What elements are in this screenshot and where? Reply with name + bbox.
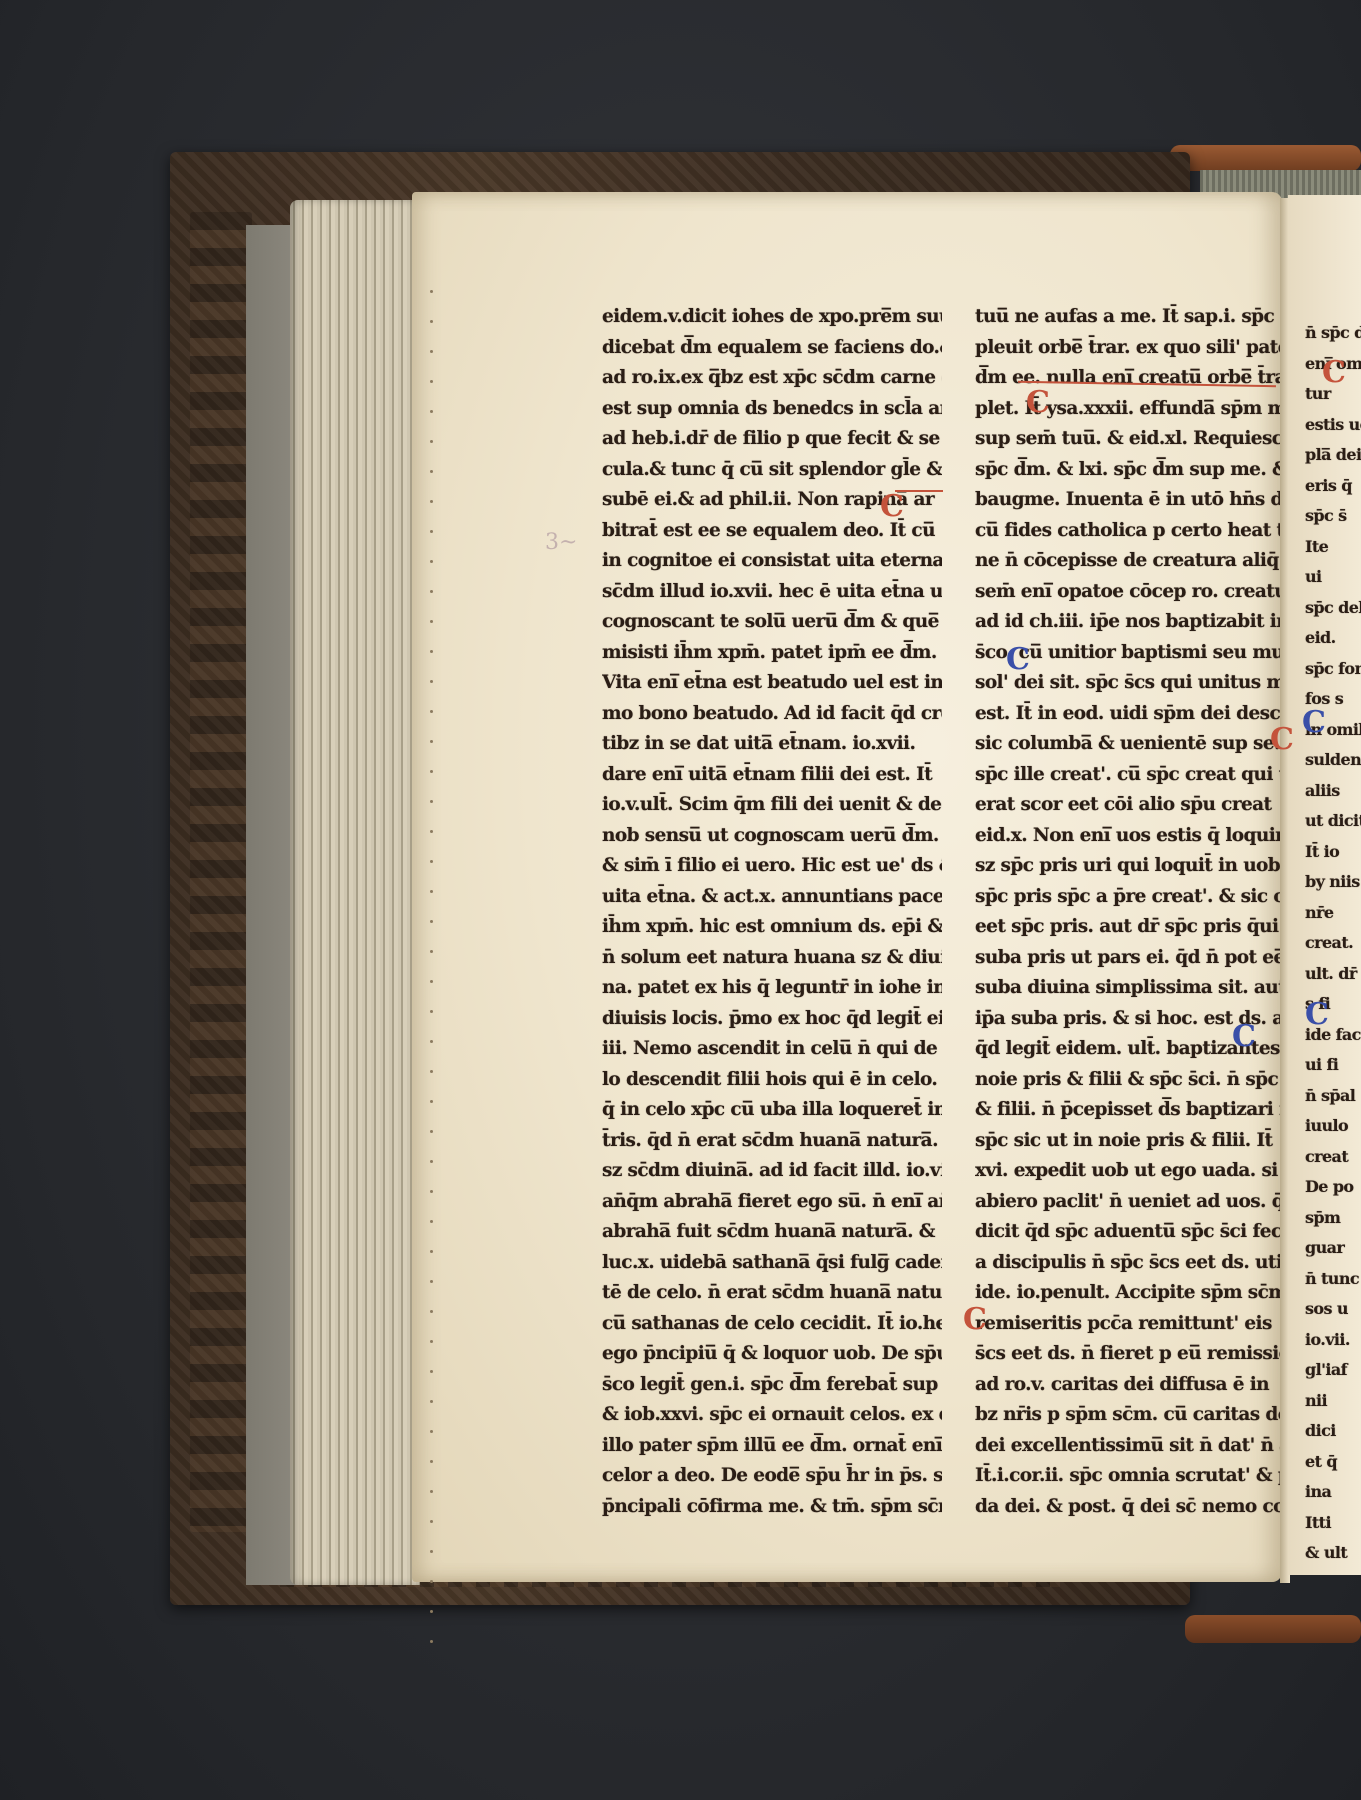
text-line: uita et̄na. & act.x. annuntians pacem p xyxy=(602,882,942,913)
text-line: ad ro.v. caritas dei diffusa ē in xyxy=(975,1370,1280,1401)
initial-col-c-1: C xyxy=(1322,358,1346,388)
text-line: sp̄c del xyxy=(1305,593,1361,624)
text-line: est. It̄ in eod. uidi sp̄m dei descenden xyxy=(975,699,1280,730)
pricking-mark xyxy=(430,1640,433,1643)
text-line: ad ro.ix.ex q̅bz est xp̄c sc̄dm carne q̄ xyxy=(602,363,942,394)
text-line: n̄ sp̄al xyxy=(1305,1081,1361,1112)
text-line: It̄ io xyxy=(1305,837,1361,868)
text-line: cu̅ fides catholica p certo heat tam ur xyxy=(975,516,1280,547)
pricking-mark xyxy=(430,350,433,353)
text-line: sic columba̅ & uenientē sup se. n̄ su xyxy=(975,729,1280,760)
pricking-mark xyxy=(430,1280,433,1283)
text-line: lo descendit filii hois qui ē in celo. e… xyxy=(602,1065,942,1096)
text-line: est sup omnia ds benedcs in scl̄a am̄.It… xyxy=(602,394,942,425)
text-line: De po xyxy=(1305,1172,1361,1203)
pricking-mark xyxy=(430,620,433,623)
text-line: abiero paclit' n̄ ueniet ad uos. q̄d xyxy=(975,1187,1280,1218)
text-line: ad heb.i.dr̄ de filio p que fecit & se xyxy=(602,424,942,455)
text-line: ult. dr̄ xyxy=(1305,959,1361,990)
initial-col-b-1: C xyxy=(1026,388,1050,418)
text-line: remiseritis pcc̄a remittunt' eis xyxy=(975,1309,1280,1340)
text-line: nr̄e xyxy=(1305,898,1361,929)
text-line: ego p̄ncipiu̅ q̄ & loquor uob. De sp̄u xyxy=(602,1339,942,1370)
initial-col-b-5: C xyxy=(963,1305,987,1335)
text-line: io.vii. xyxy=(1305,1325,1361,1356)
text-line: plet. It̄ ysa.xxxii. effunda̅ sp̄m meu̅ xyxy=(975,394,1280,425)
text-line: et q̄ xyxy=(1305,1447,1361,1478)
text-line: dicit q̄d sp̄c aduentu̅ sp̄c s̄ci fecit … xyxy=(975,1217,1280,1248)
text-line: gl'iaf xyxy=(1305,1355,1361,1386)
text-line: & ult xyxy=(1305,1538,1361,1569)
text-line: estis uo xyxy=(1305,410,1361,441)
initial-col-b-4: C xyxy=(1232,1022,1256,1052)
text-line: eidem.v.dicit iohes de xpo.pre̅m suum xyxy=(602,302,942,333)
page-edges xyxy=(290,200,420,1585)
text-line: It̄.i.cor.ii. sp̄c omnia scrutat' & p xyxy=(975,1461,1280,1492)
pricking-mark xyxy=(430,1190,433,1193)
text-line: xvi. expedit uob ut ego uada. si eni̅ xyxy=(975,1156,1280,1187)
text-line: na. patet ex his q̄ leguntr̄ in iohe in xyxy=(602,973,942,1004)
text-line: ui fi xyxy=(1305,1050,1361,1081)
text-line: by niis xyxy=(1305,867,1361,898)
text-line: da dei. & post. q̄ dei sc̄ nemo cognou xyxy=(975,1492,1280,1523)
pricking-mark xyxy=(430,650,433,653)
text-line: Itti xyxy=(1305,1508,1361,1539)
text-line: io.v.ult̄. Scim q̄m fili dei uenit & ded… xyxy=(602,790,942,821)
pricking-mark xyxy=(430,890,433,893)
text-line: sp̄c s̄ xyxy=(1305,501,1361,532)
pricking-mark xyxy=(430,380,433,383)
text-line: sc̄dm illud io.xvii. hec ē uita et̄na ut xyxy=(602,577,942,608)
text-line: t̄ris. q̄d n̄ erat sc̄dm huana̅ natura̅. xyxy=(602,1126,942,1157)
pricking-mark xyxy=(430,800,433,803)
text-line: sem̄ eni̅ opatoe cōcep ro. creatura n̄ xyxy=(975,577,1280,608)
text-line: & iob.xxvi. sp̄c ei ornauit celos. ex qu… xyxy=(602,1400,942,1431)
text-line: n̄ solum eet natura huana sz & diui xyxy=(602,943,942,974)
text-line: sp̄c ille creat'. cu̅ sp̄c creat qui ur xyxy=(975,760,1280,791)
text-line: sup sem̄ tuu̅. & eid.xl. Requiescet sup xyxy=(975,424,1280,455)
text-line: tuu̅ ne aufas a me. It̄ sap.i. sp̄c d̅m … xyxy=(975,302,1280,333)
text-line: guar xyxy=(1305,1233,1361,1264)
pricking-mark xyxy=(430,1250,433,1253)
text-line: sp̄c sic ut in noie pris & filii. It̄ xyxy=(975,1126,1280,1157)
text-line: nii xyxy=(1305,1386,1361,1417)
text-line: tibz in se dat uita̅ et̄nam. io.xvii. xyxy=(602,729,942,760)
text-line: suba diuina simplissima sit. aut q̄ xyxy=(975,973,1280,1004)
pricking-mark xyxy=(430,710,433,713)
pricking-mark xyxy=(430,1160,433,1163)
text-line: n̄ tunc xyxy=(1305,1264,1361,1295)
text-line: s̄co legit̄ gen.i. sp̄c d̅m ferebat̄ sup… xyxy=(602,1370,942,1401)
text-line: mo bono beatudo. Ad id facit q̄d credē xyxy=(602,699,942,730)
text-line: ne n̄ cōcepisse de creatura aliq̄ partz … xyxy=(975,546,1280,577)
text-line: dicebat d̅m equalem se faciens do.& xyxy=(602,333,942,364)
text-line: erat scor eet cōi alio sp̄u creat xyxy=(975,790,1280,821)
text-line: misisti ih̄m xpm̄. patet ipm̄ ee d̅m. xyxy=(602,638,942,669)
text-line: pleuit orbe̅ t̄rar. ex quo sili' pater e… xyxy=(975,333,1280,364)
pricking-mark xyxy=(430,950,433,953)
text-line: ut dicit xyxy=(1305,806,1361,837)
pricking-mark xyxy=(430,590,433,593)
text-line: baugme. Inuenta ē in utō hn̄s de sp̄u xyxy=(975,485,1280,516)
pricking-mark xyxy=(430,1070,433,1073)
text-line: in cognitoe ei consistat uita eterna. xyxy=(602,546,942,577)
text-line: aliis xyxy=(1305,776,1361,807)
text-line: bz nr̄is p sp̄m sc̄m. cu̅ caritas do xyxy=(975,1400,1280,1431)
text-line: sp̄c d̅m. & lxi. sp̄c d̅m sup me. & ch. xyxy=(975,455,1280,486)
text-line: dare eni̅ uita̅ et̄nam filii dei est. It… xyxy=(602,760,942,791)
pricking-mark xyxy=(430,680,433,683)
pricking-mark xyxy=(430,1490,433,1493)
text-line: abraha̅ fuit sc̄dm huana̅ natura̅. & xyxy=(602,1217,942,1248)
pricking-mark xyxy=(430,770,433,773)
text-line: p̄ncipali cōfirma me. & tm̄. sp̄m sc̄m xyxy=(602,1492,942,1523)
text-line: & filii. n̄ p̄cepisset d̅s baptizari in … xyxy=(975,1095,1280,1126)
pricking-mark xyxy=(430,740,433,743)
text-line: eid.x. Non eni̅ uos estis q̄ loquimini xyxy=(975,821,1280,852)
spine-strap-top xyxy=(1170,145,1361,171)
text-line: noie pris & filii & sp̄c s̄ci. n̄ sp̄c s… xyxy=(975,1065,1280,1096)
text-line: diuisis locis. p̄mo ex hoc q̄d legit̄ ei… xyxy=(602,1004,942,1035)
text-line: eet sp̄c pris. aut dr̄ sp̄c pris q̄ui xyxy=(975,912,1280,943)
text-line: creat xyxy=(1305,1142,1361,1173)
text-line: tē de celo. n̄ erat sc̄dm huana̅ natura̅ xyxy=(602,1278,942,1309)
pricking-mark xyxy=(430,1550,433,1553)
pricking-mark xyxy=(430,1220,433,1223)
text-line: d̅m ee. nulla eni̅ creatu̅ orbe̅ t̄rar r… xyxy=(975,363,1280,394)
text-line: suldens xyxy=(1305,745,1361,776)
pricking-mark xyxy=(430,830,433,833)
cover-tooling-left xyxy=(190,212,252,1532)
text-line: sp̄c pris sp̄c a p̄re creat'. & sic om̄i… xyxy=(975,882,1280,913)
text-line: sos u xyxy=(1305,1294,1361,1325)
pricking-mark xyxy=(430,1580,433,1583)
text-line: sz sc̄dm diuina̅. ad id facit illd. io.v… xyxy=(602,1156,942,1187)
text-line: creat. xyxy=(1305,928,1361,959)
pricking-mark xyxy=(430,1130,433,1133)
pricking-mark xyxy=(430,1340,433,1343)
text-line: cula.& tunc q̄ cu̅ sit splendor gl̄e & f… xyxy=(602,455,942,486)
text-line: iuulo xyxy=(1305,1111,1361,1142)
text-line: sp̄c fon xyxy=(1305,654,1361,685)
pricking-mark xyxy=(430,1040,433,1043)
spine-strap-bottom xyxy=(1185,1615,1361,1643)
pricking-mark xyxy=(430,1370,433,1373)
text-line: cu̅ sathanas de celo cecidit. It̄ io.he. xyxy=(602,1309,942,1340)
pricking-mark xyxy=(430,530,433,533)
text-line: celor a deo. De eode̅ sp̄u h̄r in p̄s. s… xyxy=(602,1461,942,1492)
pricking-mark xyxy=(430,860,433,863)
pricking-mark xyxy=(430,980,433,983)
initial-col-b-2: C xyxy=(1006,645,1030,675)
initial-col-b-3: C xyxy=(1270,725,1294,755)
text-line: Vita eni̅ et̄na est beatudo uel est in s… xyxy=(602,668,942,699)
text-line: ui xyxy=(1305,562,1361,593)
text-line: sp̄m xyxy=(1305,1203,1361,1234)
text-line: suba pris ut pars ei. q̄d n̄ pot ee̅ xyxy=(975,943,1280,974)
pricking-mark xyxy=(430,1310,433,1313)
text-line: iii. Nemo ascendit in celu̅ n̄ qui de ce xyxy=(602,1034,942,1065)
pricking-mark xyxy=(430,440,433,443)
pricking-mark xyxy=(430,500,433,503)
text-line: illo pater sp̄m illu̅ ee d̅m. ornat̄ eni… xyxy=(602,1431,942,1462)
text-line: q̄ in celo xp̄c cu̅ uba illa loqueret̄ i… xyxy=(602,1095,942,1126)
text-line: a discipulis n̄ sp̄c s̄cs eet ds. uti xyxy=(975,1248,1280,1279)
pricking-mark xyxy=(430,1100,433,1103)
text-line: nob sensu̅ ut cognoscam ueru̅ d̅m. xyxy=(602,821,942,852)
pricking-mark xyxy=(430,1430,433,1433)
pricking-mark xyxy=(430,1010,433,1013)
margin-annotation: 3~ xyxy=(545,530,577,555)
pricking-mark xyxy=(430,470,433,473)
pricking-mark xyxy=(430,1460,433,1463)
pricking-mark xyxy=(430,920,433,923)
text-line: sz sp̄c pris uri qui loquit̄ in uob. Aut xyxy=(975,851,1280,882)
text-line: & sim̄ ī filio ei uero. Hic est ue' ds & xyxy=(602,851,942,882)
initial-col-a-1: C xyxy=(880,492,904,522)
initial-col-c-3: C xyxy=(1305,1000,1329,1030)
text-line: cognoscant te solu̅ ueru̅ d̅m & que̅ xyxy=(602,607,942,638)
text-line: ad id ch.iii. ip̄e nos baptizabit in sp̄… xyxy=(975,607,1280,638)
text-line: eris q̄ xyxy=(1305,471,1361,502)
pricking-mark xyxy=(430,1610,433,1613)
text-line: dici xyxy=(1305,1416,1361,1447)
text-column-c-fragment: n̄ sp̄c deieni̅ omnturestis uopla̅ deier… xyxy=(1305,318,1361,1569)
text-column-a: eidem.v.dicit iohes de xpo.pre̅m suumdic… xyxy=(602,302,942,1522)
pricking-mark xyxy=(430,560,433,563)
text-line: an̄q̄m abraha̅ fieret ego su̅. n̄ eni̅ a… xyxy=(602,1187,942,1218)
text-line: ide. io.penult. Accipite sp̄m sc̄m xyxy=(975,1278,1280,1309)
text-line: luc.x. uidebā sathana̅ q̄si fulg̅ caden xyxy=(602,1248,942,1279)
text-line: eid. xyxy=(1305,623,1361,654)
pricking-mark xyxy=(430,1520,433,1523)
text-column-b: tuu̅ ne aufas a me. It̄ sap.i. sp̄c d̅m … xyxy=(975,302,1280,1522)
pricking-mark xyxy=(430,320,433,323)
pricking-mark xyxy=(430,410,433,413)
text-line: n̄ sp̄c dei xyxy=(1305,318,1361,349)
text-line: s̄cs eet ds. n̄ fieret p eu̅ remissio p xyxy=(975,1339,1280,1370)
initial-col-c-2: C xyxy=(1302,708,1326,738)
pricking-mark xyxy=(430,290,433,293)
pricking-mark xyxy=(430,1400,433,1403)
text-line: ih̄m xpm̄. hic est omnium ds. ep̄i & xp̄… xyxy=(602,912,942,943)
text-line: dei excellentissimu̅ sit n̄ dat' n̄ a d xyxy=(975,1431,1280,1462)
text-line: pla̅ dei xyxy=(1305,440,1361,471)
text-line: ina xyxy=(1305,1477,1361,1508)
text-line: Ite xyxy=(1305,532,1361,563)
